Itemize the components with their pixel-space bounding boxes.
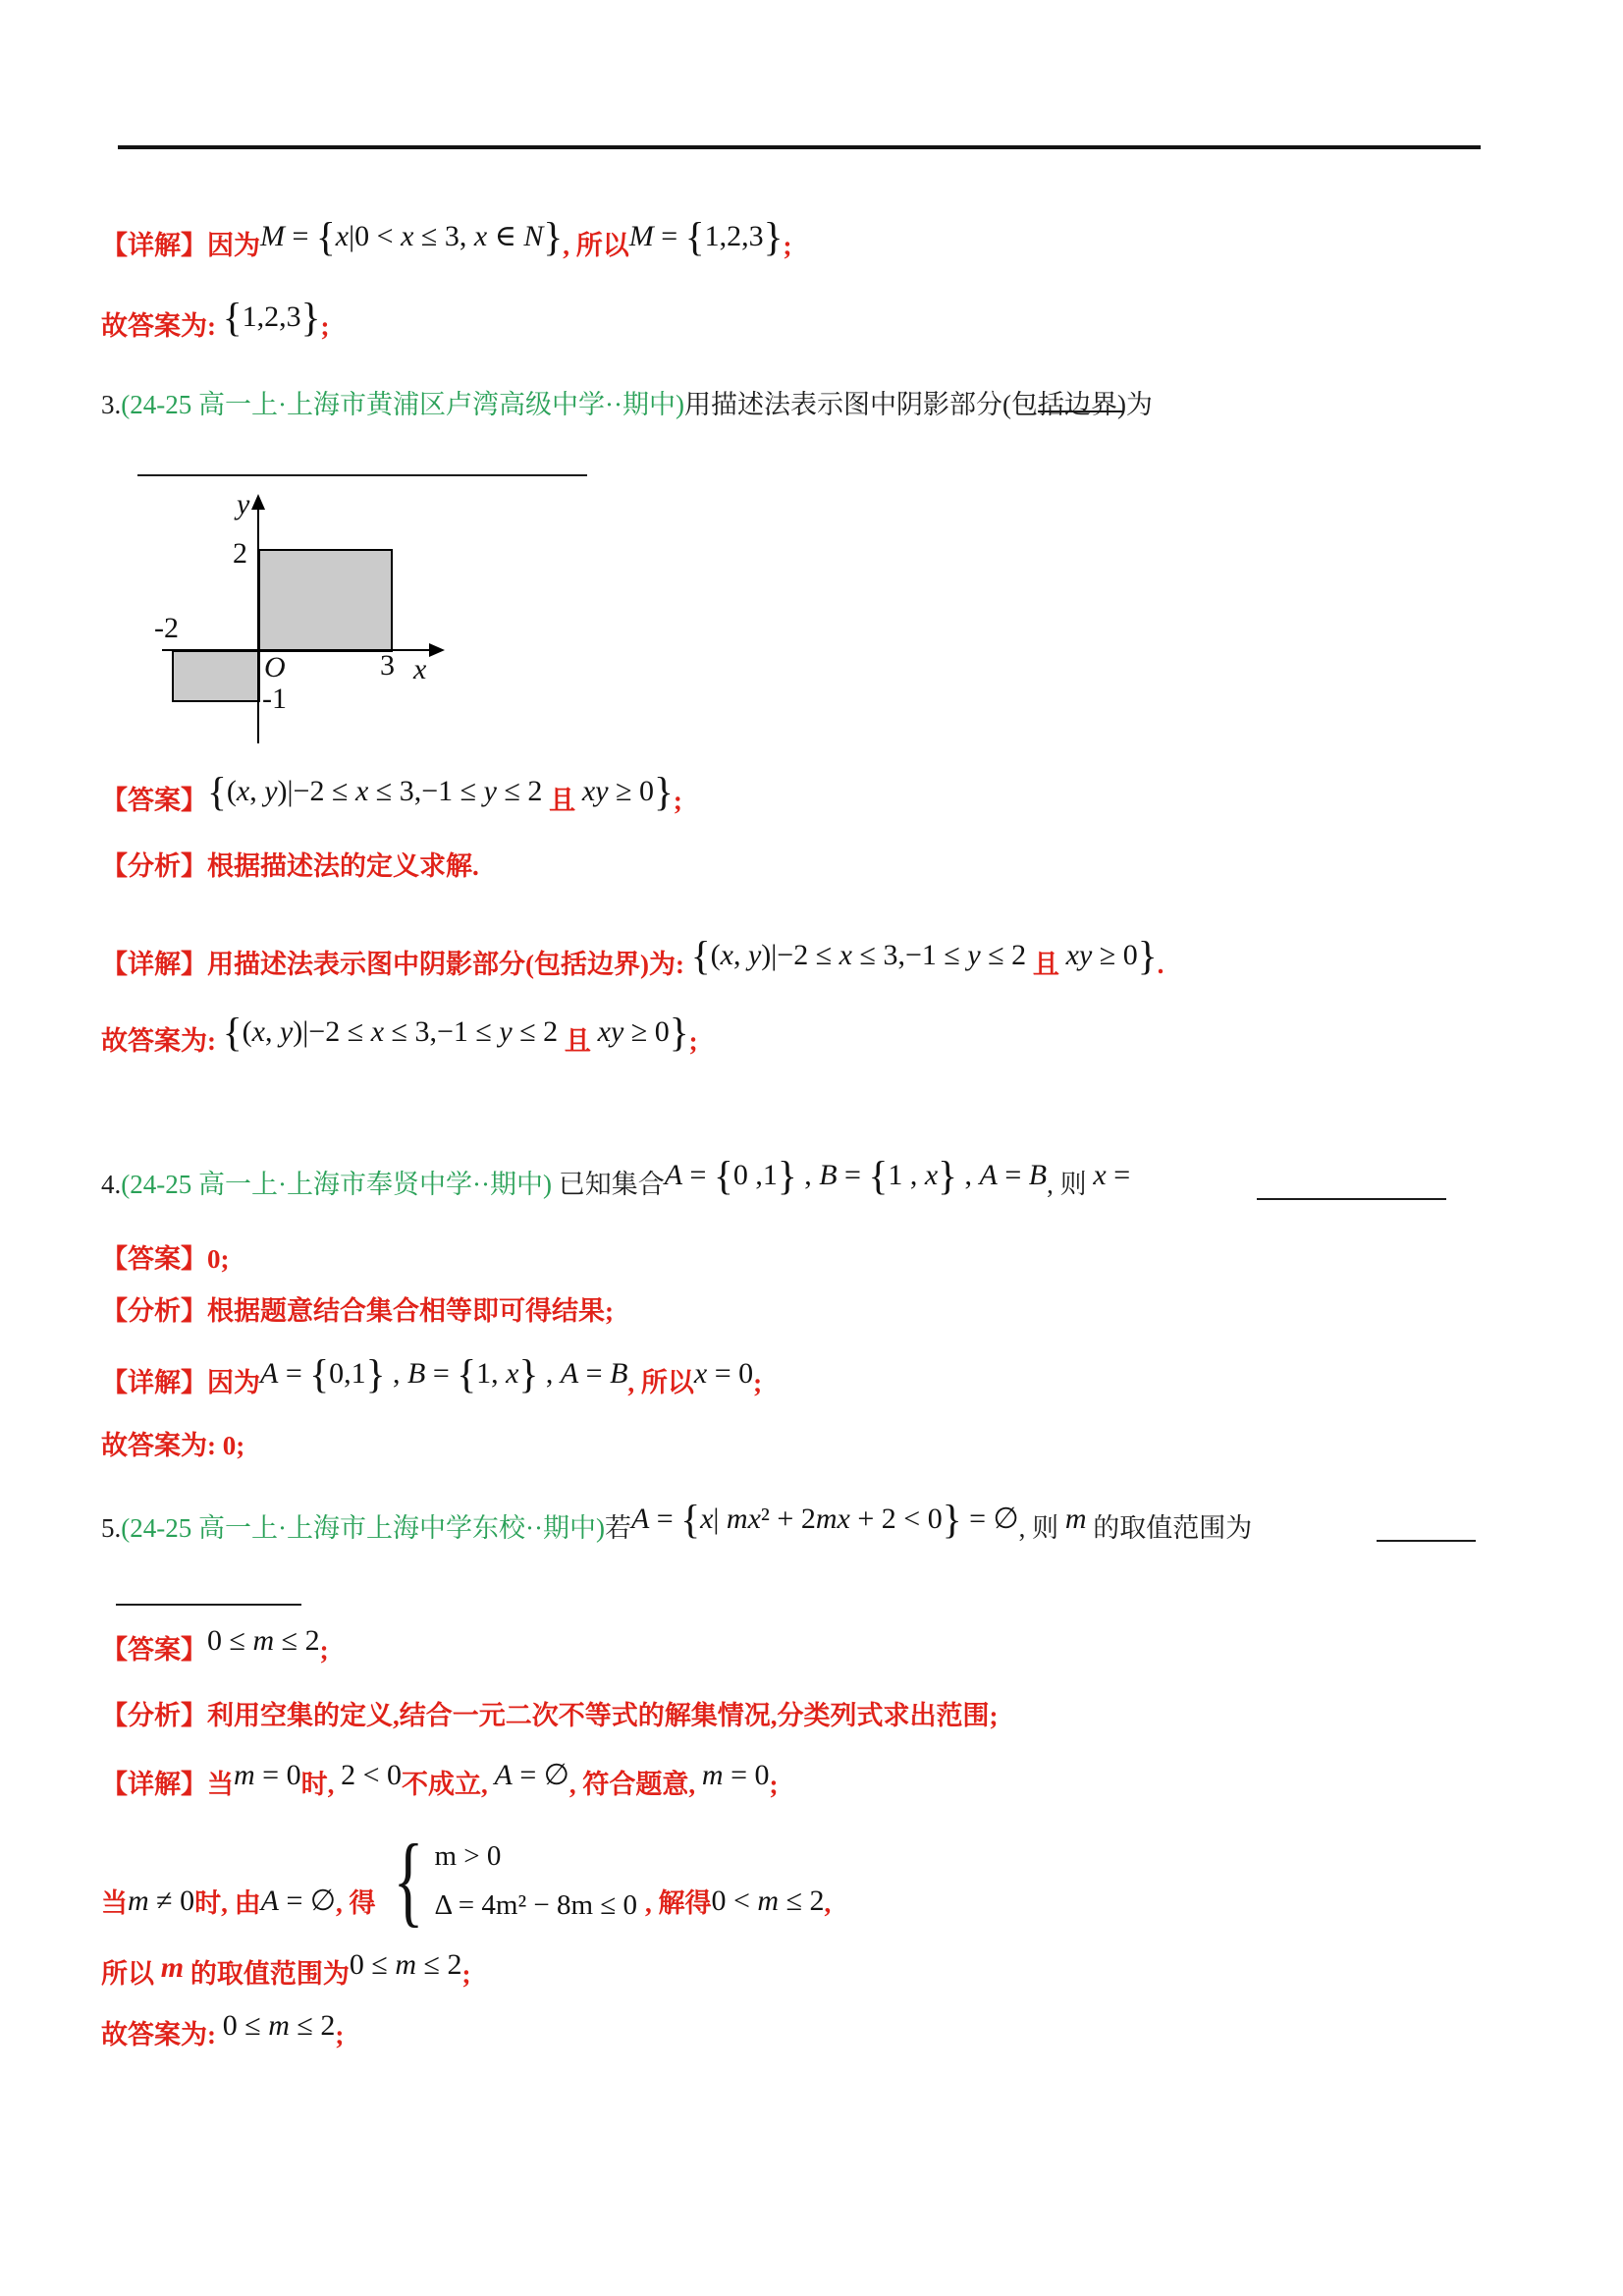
text-segment-black: 用描述法表示图中阴影部分(包括边界)为: [684, 390, 1153, 419]
answer-4: 【答案】0;: [101, 1239, 230, 1279]
text-segment-green: (24-25 高一上·上海市上海中学东校··期中): [121, 1513, 605, 1543]
analysis-5: 【分析】利用空集的定义,结合一元二次不等式的解集情况,分类列式求出范围;: [101, 1696, 999, 1735]
detail-5: 【详解】当m = 0时, 2 < 0不成立, A = ∅, 符合题意, m = …: [101, 1765, 779, 1804]
text-segment-green: (24-25 高一上·上海市奉贤中学··期中): [121, 1170, 552, 1199]
x-axis-label: x: [413, 653, 426, 686]
question-3: 3.(24-25 高一上·上海市黄浦区卢湾高级中学··期中)用描述法表示图中阴影…: [101, 385, 1153, 424]
shaded-region-third-quadrant: [172, 650, 260, 702]
text-segment-math: x = 0: [694, 1357, 753, 1390]
text-segment-red: 且: [558, 1026, 598, 1056]
text-segment-red: , 得: [336, 1884, 376, 1927]
answer-5: 【答案】0 ≤ m ≤ 2;: [101, 1630, 329, 1669]
text-segment-black: 的取值范围为: [1087, 1513, 1253, 1543]
text-segment-red: 【答案】0;: [101, 1244, 230, 1274]
text-segment-math: {(x, y)|−2 ≤ x ≤ 3,−1 ≤ y ≤ 2: [691, 939, 1026, 971]
document-page: y 2 -2 O 3 x -1 【详解】因为M = {x|0 < x ≤ 3, …: [0, 0, 1623, 2296]
text-segment-red: 的取值范围为: [184, 1959, 350, 1989]
text-segment-black: 若: [605, 1513, 631, 1543]
text-segment-math: 0 ≤ m ≤ 2: [207, 1624, 320, 1657]
text-segment-math: m = 0: [234, 1759, 301, 1791]
system-brace-icon: {: [393, 1834, 423, 1927]
text-segment-black: 5.: [101, 1513, 121, 1543]
text-segment-math: A = {0 ,1} , B = {1 , x} , A = B: [665, 1159, 1047, 1191]
analysis-4: 【分析】根据题意结合集合相等即可得结果;: [101, 1291, 614, 1331]
origin-label: O: [264, 651, 286, 684]
conclusion-5b: 故答案为: 0 ≤ m ≤ 2;: [101, 2015, 344, 2054]
text-segment-red: 【详解】因为: [101, 231, 260, 260]
text-segment-red: 【分析】利用空集的定义,结合一元二次不等式的解集情况,分类列式求出范围;: [101, 1701, 999, 1730]
text-segment-black: 4.: [101, 1170, 121, 1199]
text-segment-red: 故答案为: 0;: [101, 1431, 244, 1460]
text-segment-red: ;: [461, 1959, 470, 1989]
detail-3: 【详解】用描述法表示图中阴影部分(包括边界)为: {(x, y)|−2 ≤ x …: [101, 945, 1163, 984]
text-segment-math: A = ∅: [495, 1759, 569, 1791]
shaded-region-first-quadrant: [258, 549, 393, 652]
text-segment-math: m ≠ 0: [128, 1882, 194, 1927]
text-segment-red: 故答案为:: [101, 2020, 223, 2050]
text-segment-red: .: [1158, 950, 1164, 979]
text-segment-math: xy ≥ 0}: [582, 775, 674, 807]
header-rule: [118, 145, 1481, 149]
text-segment-math: m = 0: [702, 1759, 770, 1791]
text-segment-math: m: [1065, 1503, 1087, 1535]
text-segment-math: {(x, y)|−2 ≤ x ≤ 3,−1 ≤ y ≤ 2: [207, 775, 542, 807]
answer-3: 【答案】{(x, y)|−2 ≤ x ≤ 3,−1 ≤ y ≤ 2 且 xy ≥…: [101, 781, 682, 820]
text-segment-red: ;: [674, 786, 682, 815]
x-axis-arrow-icon: [429, 643, 445, 657]
analysis-3: 【分析】根据描述法的定义求解.: [101, 847, 479, 886]
text-segment-red: 【分析】根据题意结合集合相等即可得结果;: [101, 1296, 614, 1326]
text-segment-math: A = {x| mx² + 2mx + 2 < 0} = ∅: [631, 1503, 1019, 1535]
text-segment-red: ;: [335, 2020, 344, 2050]
text-segment-red: 【详解】当: [101, 1770, 234, 1799]
text-segment-red: 【答案】: [101, 786, 207, 815]
detail-5-system: 当m ≠ 0时, 由A = ∅, 得{m > 0Δ = 4m² − 8m ≤ 0…: [101, 1834, 831, 1927]
text-segment-mathred: m: [161, 1951, 184, 1984]
y-axis-arrow-icon: [251, 494, 265, 510]
text-segment-red: , 所以: [627, 1368, 694, 1397]
text-segment-red: 所以: [101, 1959, 161, 1989]
text-segment-math: {(x, y)|−2 ≤ x ≤ 3,−1 ≤ y ≤ 2: [223, 1015, 558, 1048]
conclusion-3: 故答案为: {(x, y)|−2 ≤ x ≤ 3,−1 ≤ y ≤ 2 且 xy…: [101, 1021, 698, 1061]
tick-label-minus-1: -1: [262, 683, 287, 716]
text-segment-math: M = {1,2,3}: [629, 220, 784, 252]
text-segment-red: ;: [320, 1635, 329, 1665]
text-segment-math: M = {x|0 < x ≤ 3, x ∈ N}: [260, 220, 563, 252]
question-4: 4.(24-25 高一上·上海市奉贤中学··期中) 已知集合A = {0 ,1}…: [101, 1165, 1130, 1204]
tick-label-2: 2: [233, 537, 247, 571]
text-segment-math: 0 ≤ m ≤ 2: [223, 2009, 336, 2042]
blank-underline: [137, 474, 587, 476]
text-segment-red: 不成立,: [402, 1770, 495, 1799]
text-segment-green: (24-25 高一上·上海市黄浦区卢湾高级中学··期中): [121, 390, 684, 419]
text-segment-red: 且: [542, 786, 582, 815]
text-segment-red: 时, 由: [194, 1884, 261, 1927]
text-segment-math: 0 < m ≤ 2: [711, 1882, 824, 1927]
blank-underline: [116, 1604, 301, 1606]
system-rows: m > 0Δ = 4m² − 8m ≤ 0: [434, 1836, 637, 1925]
question-5: 5.(24-25 高一上·上海市上海中学东校··期中)若A = {x| mx² …: [101, 1508, 1252, 1548]
text-segment-math: x =: [1093, 1159, 1130, 1191]
text-segment-red: 当: [101, 1884, 128, 1927]
tick-label-minus-2: -2: [154, 612, 179, 645]
text-segment-black: , 则: [1047, 1170, 1093, 1199]
text-segment-red: 【分析】根据描述法的定义求解.: [101, 851, 479, 881]
tick-label-3: 3: [380, 649, 395, 683]
text-segment-red: 【答案】: [101, 1635, 207, 1665]
text-segment-red: 故答案为:: [101, 1026, 223, 1056]
text-segment-red: , 解得: [645, 1884, 712, 1927]
detail-4: 【详解】因为A = {0,1} , B = {1, x} , A = B, 所以…: [101, 1363, 762, 1402]
text-segment-red: 且: [1026, 950, 1066, 979]
text-segment-math: A = {0,1} , B = {1, x} , A = B: [260, 1357, 627, 1390]
blank-underline: [1038, 410, 1124, 412]
text-segment-math: 0 ≤ m ≤ 2: [350, 1948, 462, 1981]
text-segment-red: ,: [825, 1884, 832, 1927]
text-segment-red: 【详解】用描述法表示图中阴影部分(包括边界)为:: [101, 950, 691, 979]
conclusion-4: 故答案为: 0;: [101, 1426, 244, 1465]
system-row: Δ = 4m² − 8m ≤ 0: [434, 1886, 637, 1925]
text-segment-black: 已知集合: [552, 1170, 665, 1199]
conclusion-m: 故答案为: {1,2,3};: [101, 306, 330, 346]
text-segment-red: ;: [783, 231, 791, 260]
text-segment-math: xy ≥ 0}: [1066, 939, 1158, 971]
text-segment-red: 故答案为:: [101, 311, 223, 341]
y-axis-label: y: [237, 488, 249, 521]
text-segment-red: 时,: [301, 1770, 342, 1799]
text-segment-black: , 则: [1019, 1513, 1065, 1543]
coordinate-figure: y 2 -2 O 3 x -1: [142, 496, 466, 761]
blank-underline: [1377, 1540, 1476, 1542]
text-segment-math: xy ≥ 0}: [598, 1015, 689, 1048]
y-axis: [257, 506, 259, 743]
text-segment-red: , 所以: [563, 231, 629, 260]
text-segment-black: 3.: [101, 390, 121, 419]
system-row: m > 0: [434, 1836, 637, 1876]
text-segment-red: ;: [689, 1026, 698, 1056]
text-segment-math: 2 < 0: [341, 1759, 402, 1791]
text-segment-math: A = ∅: [261, 1882, 336, 1927]
text-segment-red: ;: [770, 1770, 779, 1799]
detail-m: 【详解】因为M = {x|0 < x ≤ 3, x ∈ N}, 所以M = {1…: [101, 226, 791, 265]
text-segment-red: ;: [321, 311, 330, 341]
inequality-system: {m > 0Δ = 4m² − 8m ≤ 0: [384, 1834, 637, 1927]
text-segment-red: ;: [753, 1368, 762, 1397]
text-segment-red: , 符合题意,: [569, 1770, 702, 1799]
conclusion-5a: 所以 m 的取值范围为0 ≤ m ≤ 2;: [101, 1954, 470, 1994]
text-segment-red: 【详解】因为: [101, 1368, 260, 1397]
text-segment-math: {1,2,3}: [223, 301, 321, 333]
blank-underline: [1257, 1198, 1446, 1200]
